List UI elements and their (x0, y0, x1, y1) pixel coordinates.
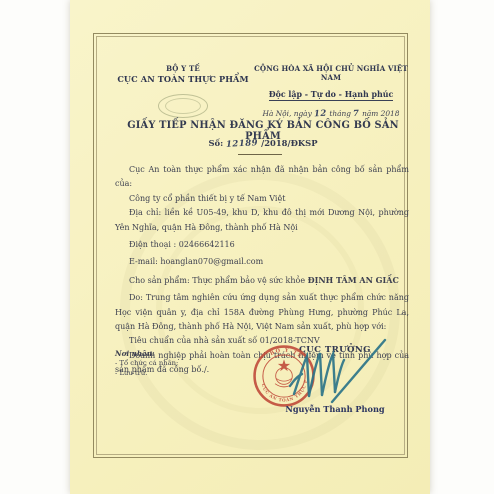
department-name: CỤC AN TOÀN THỰC PHẨM (114, 74, 252, 84)
product-name: ĐỊNH TÂM AN GIẤC (308, 275, 399, 285)
handwritten-day: 12 (314, 109, 327, 120)
document-paper: BỘ Y TẾ CỤC AN TOÀN THỰC PHẨM CỘNG HÒA X… (70, 0, 430, 494)
number-underline (238, 154, 282, 155)
paragraph-product: Cho sản phẩm: Thực phẩm bảo vệ sức khỏe … (115, 273, 409, 288)
scanned-certificate: BỘ Y TẾ CỤC AN TOÀN THỰC PHẨM CỘNG HÒA X… (0, 0, 494, 494)
paragraph-company: Công ty cổ phần thiết bị y tế Nam Việt (115, 192, 409, 206)
certificate-number-line: Số: 12189 /2018/ĐKSP (115, 138, 411, 149)
signer-name: Nguyễn Thanh Phong (255, 404, 415, 414)
number-label: Số: (208, 138, 223, 148)
department-logo-watermark (158, 94, 208, 118)
handwritten-number: 12189 (226, 138, 259, 150)
recipient-item: - Lưu trữ. (115, 368, 178, 378)
product-label: Cho sản phẩm: Thực phẩm bảo vệ sức khỏe (129, 276, 305, 285)
national-motto: Độc lập - Tự do - Hạnh phúc (269, 90, 394, 101)
paragraph-address: Địa chỉ: liền kề U05-49, khu D, khu đô t… (115, 206, 409, 235)
recipients-label: Nơi nhận: (115, 349, 178, 358)
issuing-authority-block: BỘ Y TẾ CỤC AN TOÀN THỰC PHẨM (114, 64, 252, 84)
date-suffix: năm 2018 (362, 109, 399, 118)
issue-date-line: Hà Nội, ngày 12 tháng 7 năm 2018 (248, 109, 414, 119)
date-thang: tháng (329, 109, 351, 118)
recipients-block: Nơi nhận: - Tổ chức cá nhân; - Lưu trữ. (115, 349, 178, 378)
handwritten-month: 7 (353, 109, 360, 119)
country-title: CỘNG HÒA XÃ HỘI CHỦ NGHĨA VIỆT NAM (248, 64, 414, 82)
ministry-name: BỘ Y TẾ (114, 64, 252, 73)
date-prefix: Hà Nội, ngày (263, 109, 312, 118)
paragraph-phone: Điện thoại : 02466642116 (115, 238, 409, 252)
director-signature (288, 334, 392, 414)
paragraph-intro: Cục An toàn thực phẩm xác nhận đã nhận b… (115, 163, 409, 192)
paragraph-email: E-mail: hoanglan070@gmail.com (115, 255, 409, 269)
national-header-block: CỘNG HÒA XÃ HỘI CHỦ NGHĨA VIỆT NAM Độc l… (248, 64, 414, 119)
number-suffix: /2018/ĐKSP (261, 138, 317, 148)
paragraph-manufacturer: Do: Trung tâm nghiên cứu ứng dụng sản xu… (115, 291, 409, 334)
recipient-item: - Tổ chức cá nhân; (115, 358, 178, 368)
